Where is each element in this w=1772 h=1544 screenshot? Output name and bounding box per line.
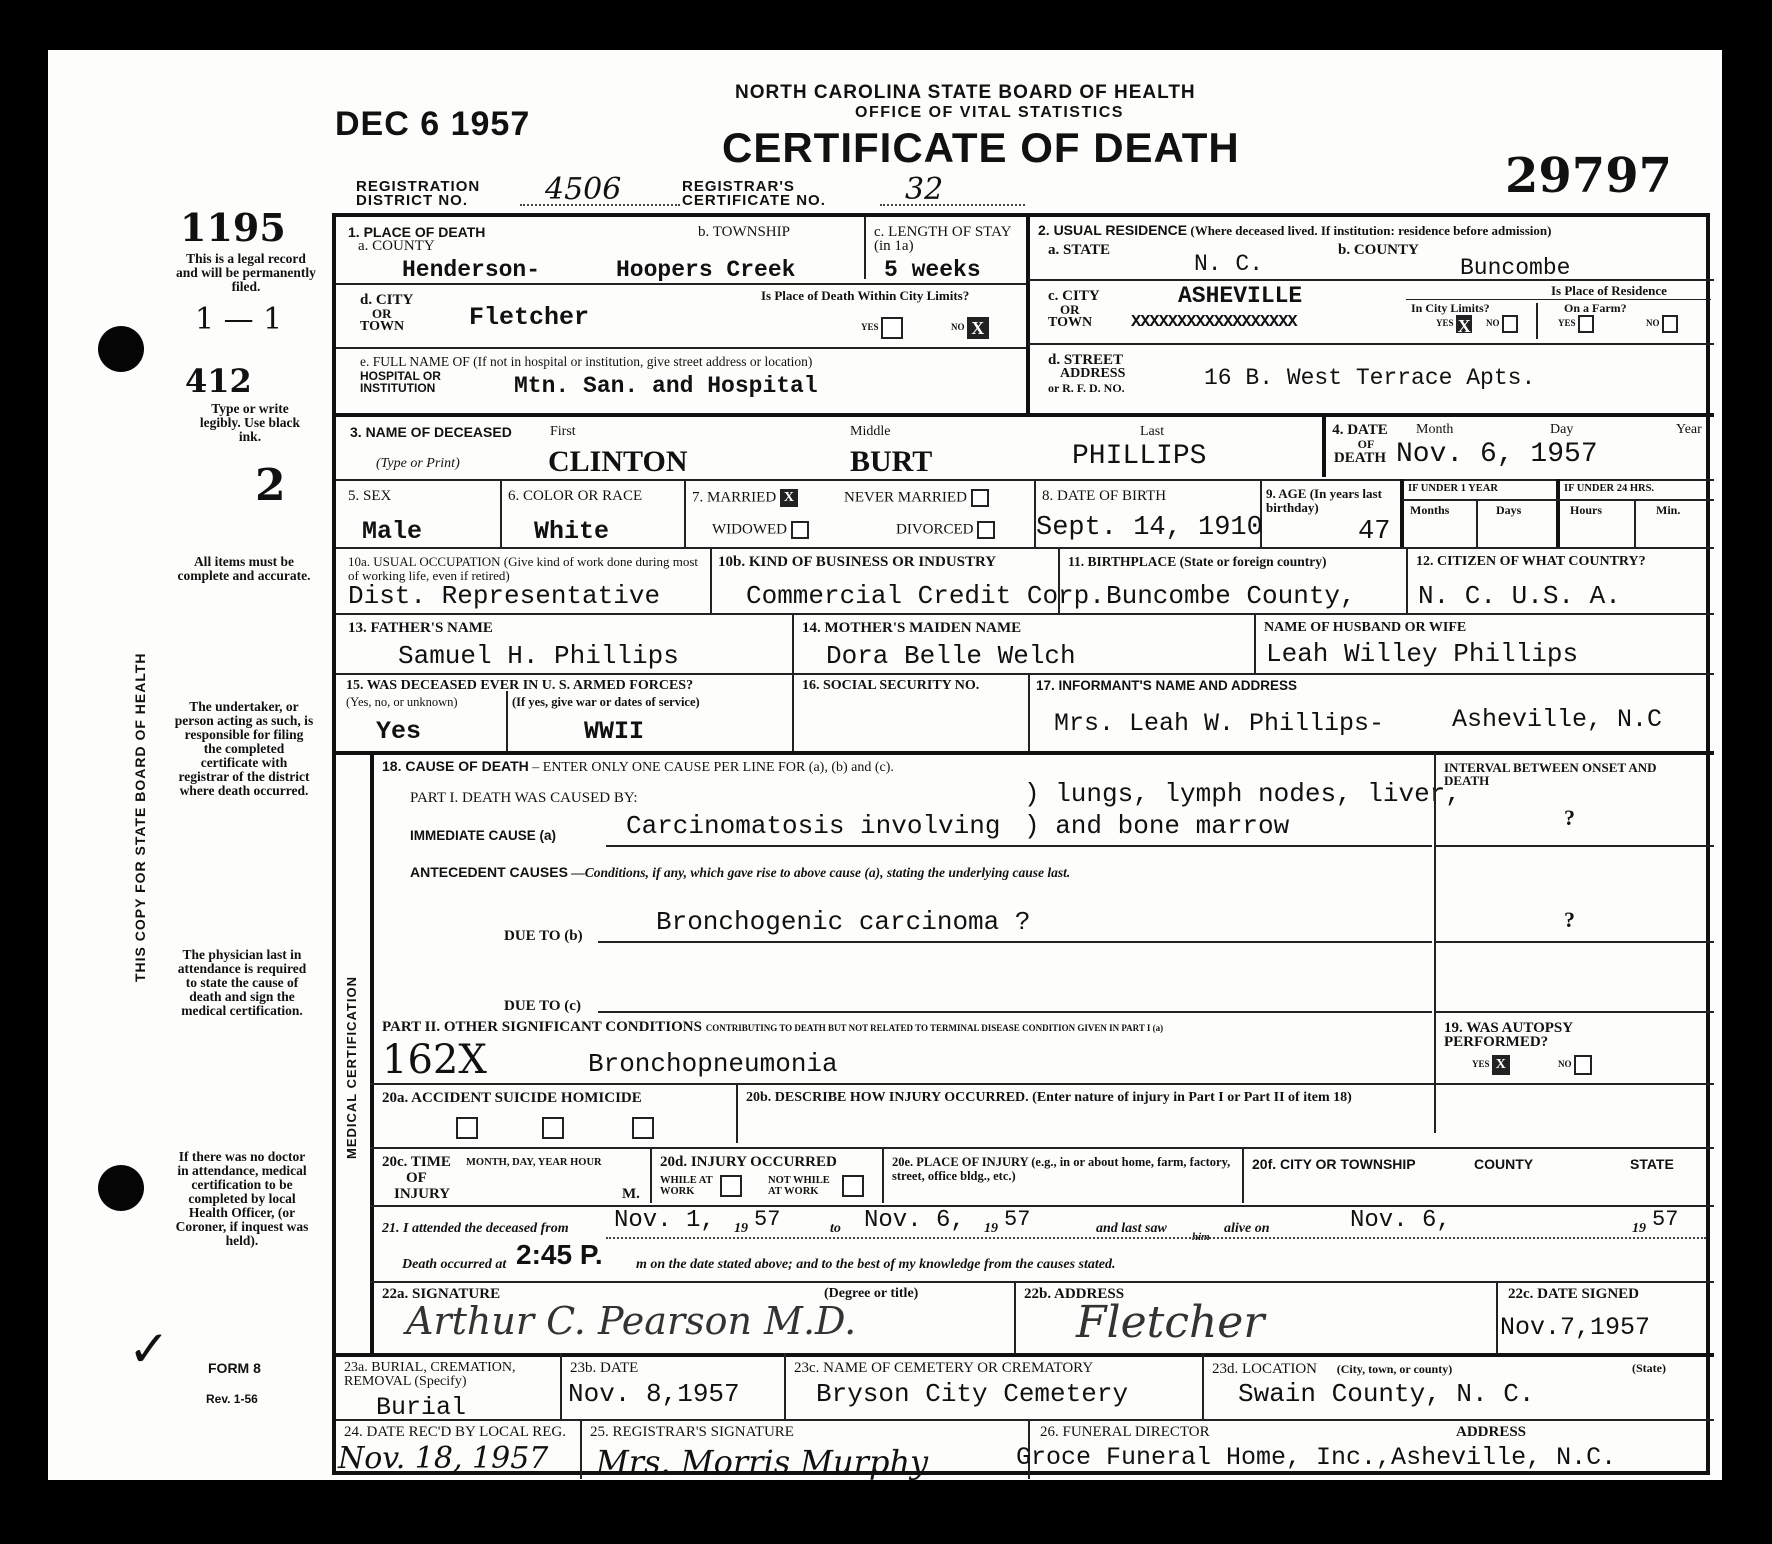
registrar-signature-value: Mrs. Morris Murphy	[596, 1443, 928, 1481]
due-to-b-label: DUE TO (b)	[504, 929, 583, 943]
time-of-injury-label: 20c. TIME	[382, 1155, 451, 1169]
attended-label: 21. I attended the deceased from	[382, 1221, 569, 1237]
undertaker-note: The undertaker, or person acting as such…	[174, 700, 314, 798]
autopsy-yes-option[interactable]: YES X	[1472, 1055, 1510, 1075]
residence-state-value: N. C.	[1194, 251, 1263, 277]
residence-state-label: a. STATE	[1048, 243, 1110, 257]
burial-date-value: Nov. 8,1957	[568, 1379, 740, 1409]
divorced-label: DIVORCED	[896, 521, 974, 537]
physician-address-value: Fletcher	[1076, 1297, 1264, 1348]
suicide-checkbox[interactable]	[542, 1117, 564, 1139]
due-to-c-label: DUE TO (c)	[504, 999, 581, 1013]
antecedent-causes-label: ANTECEDENT CAUSES	[410, 864, 568, 880]
homicide-checkbox[interactable]	[632, 1117, 654, 1139]
citizen-label: 12. CITIZEN OF WHAT COUNTRY?	[1416, 555, 1646, 569]
mother-maiden-name-label: 14. MOTHER'S MAIDEN NAME	[802, 621, 1021, 635]
margin-handwritten-412: 412	[185, 362, 252, 400]
part-2-code: 162X	[382, 1037, 487, 1083]
office-name: OFFICE OF VITAL STATISTICS	[855, 104, 1124, 122]
date-of-death-label-of: OF	[1336, 437, 1396, 451]
within-city-yes-option[interactable]: YES	[861, 317, 903, 339]
certificate-form: 1. PLACE OF DEATH a. COUNTY Henderson- b…	[332, 213, 1710, 1475]
not-while-at-work-label: NOT WHILE AT WORK	[768, 1175, 838, 1197]
death-occurred-label: Death occurred at	[402, 1257, 506, 1273]
funeral-address-label: ADDRESS	[1456, 1425, 1526, 1439]
immediate-cause-value: Carcinomatosis involving	[626, 811, 1000, 841]
injury-description-label: 20b. DESCRIBE HOW INJURY OCCURRED. (Ente…	[746, 1091, 1352, 1105]
immediate-cause-label: IMMEDIATE CAUSE (a)	[410, 829, 556, 843]
minutes-label: Min.	[1656, 505, 1680, 516]
hospital-value: Mtn. San. and Hospital	[514, 373, 818, 399]
registrar-signature-label: 25. REGISTRAR'S SIGNATURE	[590, 1425, 794, 1439]
never-married-label: NEVER MARRIED	[844, 489, 967, 505]
place-of-death-label: 1. PLACE OF DEATH	[348, 225, 485, 239]
race-label: 6. COLOR OR RACE	[508, 489, 642, 503]
under-24-hours-label: IF UNDER 24 HRS.	[1564, 483, 1654, 494]
location-header: 23d. LOCATION (City, town, or county)	[1212, 1361, 1452, 1378]
in-city-yes-checkbox[interactable]: X	[1456, 315, 1472, 333]
father-name-label: 13. FATHER'S NAME	[348, 621, 493, 635]
last-saw-label: and last saw	[1096, 1221, 1167, 1237]
widowed-checkbox[interactable]	[791, 521, 809, 539]
age-value: 47	[1358, 517, 1390, 547]
informant-name-value: Mrs. Leah W. Phillips-	[1054, 709, 1384, 738]
date-of-death-label: 4. DATE	[1330, 423, 1390, 437]
length-of-stay-label: c. LENGTH OF STAY (in 1a)	[874, 225, 1014, 253]
antecedent-causes-header: ANTECEDENT CAUSES —Conditions, if any, w…	[410, 865, 1070, 881]
type-legibly-note: Type or write legibly. Use black ink.	[190, 402, 310, 444]
father-name-value: Samuel H. Phillips	[398, 641, 679, 671]
part-2-header: PART II. OTHER SIGNIFICANT CONDITIONS CO…	[382, 1019, 1163, 1036]
social-security-label: 16. SOCIAL SECURITY NO.	[802, 679, 979, 693]
date-signed-value: Nov.7,1957	[1500, 1313, 1650, 1342]
binder-hole	[98, 326, 144, 372]
on-farm-label: On a Farm?	[1564, 301, 1627, 316]
funeral-director-label: 26. FUNERAL DIRECTOR	[1040, 1425, 1210, 1439]
no-label: NO	[1646, 318, 1660, 328]
yes-label: YES	[1558, 318, 1576, 328]
year-prefix: 19	[1632, 1221, 1646, 1237]
under-1-year-label: IF UNDER 1 YEAR	[1408, 483, 1498, 494]
citizen-value: N. C. U.S. A.	[1418, 581, 1621, 611]
date-of-birth-label: 8. DATE OF BIRTH	[1042, 489, 1166, 503]
date-of-death-label-death: DEATH	[1330, 451, 1390, 465]
days-label: Days	[1496, 505, 1521, 516]
spouse-name-value: Leah Willey Phillips	[1266, 639, 1578, 669]
part-2-instruction: CONTRIBUTING TO DEATH BUT NOT RELATED TO…	[706, 1023, 1163, 1033]
in-city-no-checkbox[interactable]	[1502, 315, 1518, 333]
yes-label: YES	[1472, 1059, 1490, 1069]
immediate-cause-continuation-1: ) lungs, lymph nodes, liver,	[1024, 779, 1461, 809]
armed-forces-value: Yes	[376, 717, 421, 746]
cemetery-label: 23c. NAME OF CEMETERY OR CREMATORY	[794, 1361, 1093, 1375]
spouse-name-label: NAME OF HUSBAND OR WIFE	[1264, 621, 1466, 635]
injury-state-label: STATE	[1630, 1157, 1674, 1171]
attended-from-year: 57	[754, 1207, 780, 1232]
name-of-deceased-label: 3. NAME OF DECEASED	[350, 425, 512, 439]
race-value: White	[534, 517, 609, 546]
antecedent-causes-instruction: —Conditions, if any, which gave rise to …	[571, 865, 1070, 880]
married-option[interactable]: 7. MARRIED X	[692, 489, 798, 507]
part-2-label: PART II. OTHER SIGNIFICANT CONDITIONS	[382, 1019, 702, 1035]
cause-of-death-label: 18. CAUSE OF DEATH	[382, 758, 529, 774]
year-prefix: 19	[734, 1221, 748, 1237]
cause-of-death-header: 18. CAUSE OF DEATH – ENTER ONLY ONE CAUS…	[382, 759, 894, 776]
interval-onset-label: INTERVAL BETWEEN ONSET AND DEATH	[1444, 761, 1704, 787]
within-city-yes-checkbox[interactable]	[881, 317, 903, 339]
in-city-yes-option[interactable]: YES X	[1436, 315, 1472, 333]
part-2-value: Bronchopneumonia	[588, 1049, 838, 1079]
place-of-injury-label: 20e. PLACE OF INJURY (e.g., in or about …	[892, 1155, 1232, 1183]
hospital-label-2: HOSPITAL OR INSTITUTION	[360, 370, 500, 394]
name-hint: (Type or Print)	[376, 457, 460, 471]
registration-district-line	[520, 204, 680, 206]
attended-to-year: 57	[1004, 1207, 1030, 1232]
year-label: Year	[1676, 423, 1702, 437]
received-date-stamp: DEC 6 1957	[335, 105, 530, 144]
time-of-injury-meridian: M.	[622, 1187, 640, 1201]
autopsy-no-checkbox[interactable]	[1574, 1055, 1592, 1075]
widowed-label: WIDOWED	[712, 521, 787, 537]
residence-county-value: Buncombe	[1460, 255, 1570, 281]
last-name-value: PHILLIPS	[1072, 441, 1206, 472]
immediate-cause-continuation-2: ) and bone marrow	[1024, 811, 1289, 841]
registrar-certificate-line	[880, 204, 1025, 206]
margin-handwritten-2: 2	[255, 460, 286, 511]
registrar-certificate-label: REGISTRAR'S CERTIFICATE NO.	[682, 180, 862, 208]
disposition-label: 23a. BURIAL, CREMATION, REMOVAL (Specify…	[344, 1361, 564, 1389]
on-farm-yes-option[interactable]: YES	[1558, 315, 1594, 333]
death-township-value: Hoopers Creek	[616, 257, 795, 283]
on-farm-no-option[interactable]: NO	[1646, 315, 1678, 333]
alive-on-label: alive on	[1224, 1221, 1270, 1237]
margin-handwritten-mark: 1 — 1	[195, 302, 282, 337]
cause-of-death-instruction: – ENTER ONLY ONE CAUSE PER LINE FOR (a),…	[532, 760, 894, 775]
no-label: NO	[1558, 1059, 1572, 1069]
date-received-value: Nov. 18, 1957	[338, 1441, 548, 1476]
residence-city-value: ASHEVILLE	[1178, 283, 1302, 309]
accident-checkbox[interactable]	[456, 1117, 478, 1139]
while-at-work-checkbox[interactable]	[720, 1175, 742, 1197]
interval-a-value: ?	[1564, 805, 1575, 831]
location-hint: (City, town, or county)	[1337, 1362, 1452, 1376]
checkmark-icon: ✓	[128, 1320, 170, 1378]
autopsy-label: 19. WAS AUTOPSY PERFORMED?	[1444, 1021, 1644, 1049]
legal-record-note: This is a legal record and will be perma…	[176, 252, 316, 294]
burial-date-label: 23b. DATE	[570, 1361, 638, 1375]
first-name-value: CLINTON	[548, 445, 687, 479]
death-city-value: Fletcher	[469, 303, 589, 332]
months-label: Months	[1410, 505, 1449, 516]
date-signed-label: 22c. DATE SIGNED	[1508, 1287, 1639, 1301]
disposition-value: Burial	[376, 1393, 466, 1422]
married-label: 7. MARRIED	[692, 489, 776, 505]
business-value: Commercial Credit Corp.	[746, 581, 1105, 611]
certificate-number: 29797	[1505, 148, 1672, 204]
on-farm-no-checkbox[interactable]	[1662, 315, 1678, 333]
alive-on-value: Nov. 6,	[1350, 1207, 1451, 1234]
location-label: 23d. LOCATION	[1212, 1361, 1317, 1377]
injury-occurred-label: 20d. INJURY OCCURRED	[660, 1155, 837, 1169]
within-city-no-checkbox[interactable]: X	[967, 317, 989, 339]
form-revision: Rev. 1-56	[206, 1392, 258, 1406]
death-time-value: 2:45 P.	[516, 1239, 603, 1271]
time-of-injury-columns: MONTH, DAY, YEAR HOUR	[466, 1157, 602, 1168]
all-items-note: All items must be complete and accurate.	[174, 555, 314, 583]
margin-handwritten-number: 1195	[180, 205, 286, 250]
divorced-option[interactable]: DIVORCED	[896, 521, 995, 539]
residence-city-label-town: TOWN	[1048, 316, 1092, 330]
middle-name-label: Middle	[850, 425, 890, 439]
physician-signature: Arthur C. Pearson M.D.	[406, 1299, 856, 1343]
registrar-certificate-value: 32	[905, 172, 943, 207]
armed-forces-hint-yes-no: (Yes, no, or unknown)	[346, 695, 458, 709]
business-label: 10b. KIND OF BUSINESS OR INDUSTRY	[718, 555, 996, 569]
binder-hole	[98, 1165, 144, 1211]
alive-on-year: 57	[1652, 1207, 1678, 1232]
occupation-label: 10a. USUAL OCCUPATION (Give kind of work…	[348, 555, 708, 583]
time-of-injury-label-of: OF	[406, 1171, 427, 1185]
interval-b-value: ?	[1564, 907, 1575, 933]
street-label-address: ADDRESS	[1060, 367, 1125, 381]
birthplace-label: 11. BIRTHPLACE (State or foreign country…	[1068, 555, 1327, 569]
hospital-label: e. FULL NAME OF (If not in hospital or i…	[360, 355, 812, 369]
usual-residence-header: 2. USUAL RESIDENCE (Where deceased lived…	[1038, 223, 1551, 239]
no-label: NO	[951, 322, 965, 332]
usual-residence-label: 2. USUAL RESIDENCE	[1038, 222, 1187, 238]
date-of-birth-value: Sept. 14, 1910	[1036, 513, 1263, 543]
cemetery-value: Bryson City Cemetery	[816, 1379, 1128, 1409]
residence-city-struck-text: XXXXXXXXXXXXXXXXXX	[1131, 313, 1297, 332]
middle-name-value: BURT	[850, 445, 932, 479]
armed-forces-hint-service: (If yes, give war or dates of service)	[512, 695, 700, 709]
residence-county-label: b. COUNTY	[1338, 243, 1419, 257]
hours-label: Hours	[1570, 505, 1602, 516]
registration-district-label: REGISTRATION DISTRICT NO.	[356, 180, 526, 208]
location-state-hint: (State)	[1632, 1361, 1666, 1376]
birthplace-value: Buncombe County,	[1106, 581, 1356, 611]
residence-city-label: c. CITY	[1048, 289, 1100, 303]
township-label: b. TOWNSHIP	[698, 225, 790, 239]
length-of-stay-value: 5 weeks	[884, 257, 981, 283]
time-of-injury-label-injury: INJURY	[394, 1187, 450, 1201]
day-label: Day	[1550, 423, 1573, 437]
occupation-value: Dist. Representative	[348, 581, 660, 611]
within-city-label: Is Place of Death Within City Limits?	[761, 289, 1021, 303]
injury-city-label: 20f. CITY OR TOWNSHIP	[1252, 1157, 1416, 1171]
armed-forces-label: 15. WAS DECEASED EVER IN U. S. ARMED FOR…	[346, 679, 693, 693]
mother-maiden-name-value: Dora Belle Welch	[826, 641, 1076, 671]
usual-residence-note: (Where deceased lived. If institution: r…	[1190, 223, 1551, 238]
first-name-label: First	[550, 425, 576, 439]
street-label: d. STREET	[1048, 353, 1123, 367]
yes-label: YES	[1436, 318, 1454, 328]
year-prefix: 19	[984, 1221, 998, 1237]
in-city-no-option[interactable]: NO	[1486, 315, 1518, 333]
injury-county-label: COUNTY	[1474, 1157, 1533, 1171]
funeral-director-value: Groce Funeral Home, Inc.,Asheville, N.C.	[1016, 1443, 1616, 1472]
attended-from-value: Nov. 1,	[614, 1207, 715, 1234]
medical-certification-vertical: MEDICAL CERTIFICATION	[344, 976, 359, 1159]
date-of-death-value: Nov. 6, 1957	[1396, 439, 1598, 470]
place-of-residence-label: Is Place of Residence	[1551, 283, 1667, 299]
city-label-town: TOWN	[360, 320, 404, 334]
married-checkbox[interactable]: X	[780, 489, 798, 507]
last-name-label: Last	[1140, 425, 1164, 439]
sex-value: Male	[362, 517, 422, 546]
agency-name: NORTH CAROLINA STATE BOARD OF HEALTH	[735, 82, 1196, 104]
service-value: WWII	[584, 717, 644, 746]
widowed-option[interactable]: WIDOWED	[712, 521, 809, 539]
on-farm-yes-checkbox[interactable]	[1578, 315, 1594, 333]
autopsy-no-option[interactable]: NO	[1558, 1055, 1592, 1075]
not-while-at-work-checkbox[interactable]	[842, 1175, 864, 1197]
due-to-b-value: Bronchogenic carcinoma ?	[656, 907, 1030, 937]
never-married-option[interactable]: NEVER MARRIED	[844, 489, 989, 507]
accident-suicide-homicide-label: 20a. ACCIDENT SUICIDE HOMICIDE	[382, 1091, 642, 1105]
autopsy-yes-checkbox[interactable]: X	[1492, 1055, 1510, 1075]
informant-address-value: Asheville, N.C	[1452, 705, 1662, 734]
street-label-rfd: or R. F. D. NO.	[1048, 381, 1125, 395]
no-doctor-note: If there was no doctor in attendance, me…	[172, 1150, 312, 1248]
city-label: d. CITY	[360, 293, 413, 307]
attended-to-value: Nov. 6,	[864, 1207, 965, 1234]
part-1-label: PART I. DEATH WAS CAUSED BY:	[410, 791, 637, 805]
county-label: a. COUNTY	[358, 239, 435, 253]
document-title: CERTIFICATE OF DEATH	[722, 124, 1240, 172]
yes-label: YES	[861, 322, 879, 332]
divorced-checkbox[interactable]	[977, 521, 995, 539]
date-received-label: 24. DATE REC'D BY LOCAL REG.	[344, 1425, 584, 1439]
month-label: Month	[1416, 423, 1453, 437]
to-label: to	[830, 1221, 841, 1237]
age-label: 9. AGE (In years last birthday)	[1266, 487, 1398, 515]
while-at-work-label: WHILE AT WORK	[660, 1175, 720, 1197]
in-city-limits-label: In City Limits?	[1411, 301, 1490, 316]
death-statement: m on the date stated above; and to the b…	[636, 1257, 1115, 1273]
physician-note: The physician last in attendance is requ…	[172, 948, 312, 1018]
street-address-value: 16 B. West Terrace Apts.	[1204, 365, 1535, 391]
copy-for-state-board-vertical: THIS COPY FOR STATE BOARD OF HEALTH	[132, 652, 148, 982]
registration-district-value: 4506	[545, 172, 621, 207]
location-value: Swain County, N. C.	[1238, 1379, 1534, 1409]
form-number: FORM 8	[208, 1360, 261, 1376]
informant-label: 17. INFORMANT'S NAME AND ADDRESS	[1036, 679, 1297, 693]
sex-label: 5. SEX	[348, 489, 391, 503]
death-county-value: Henderson-	[402, 257, 540, 283]
within-city-no-option[interactable]: NO X	[951, 317, 989, 339]
no-label: NO	[1486, 318, 1500, 328]
never-married-checkbox[interactable]	[971, 489, 989, 507]
